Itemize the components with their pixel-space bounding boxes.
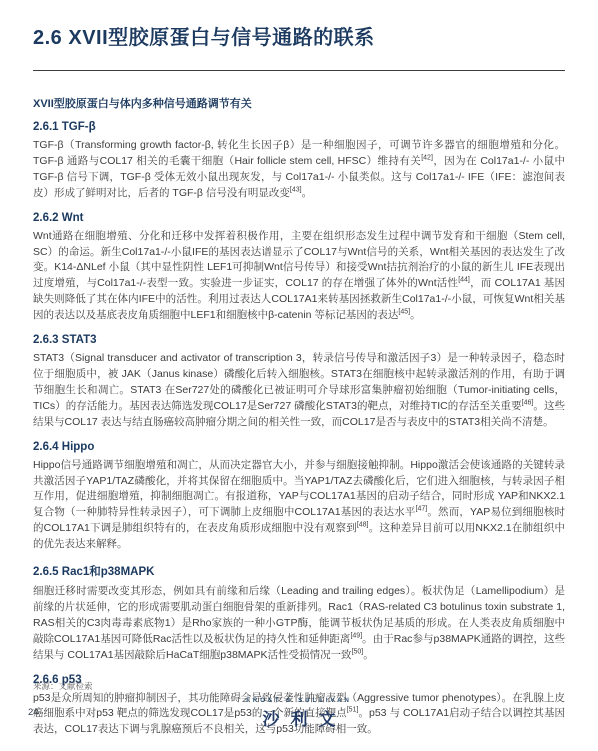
section-stat3: 2.6.3 STAT3 STAT3（Signal transducer and … xyxy=(33,334,565,431)
section-heading-stat3: 2.6.3 STAT3 xyxy=(33,334,565,346)
section-tgf-beta: 2.6.1 TGF-β TGF-β（Transforming growth fa… xyxy=(33,121,565,202)
frost-sullivan-logo-wordmark-cn: 沙利文 xyxy=(0,705,598,730)
section-body-tgf-beta: TGF-β（Transforming growth factor-β, 转化生长… xyxy=(33,138,565,202)
section-rac1-p38mapk: 2.6.5 Rac1和p38MAPK 细胞迁移时需要改变其形态，例如具有前缘和后… xyxy=(33,563,565,664)
page-title: 2.6 XVII型胶原蛋白与信号通路的联系 xyxy=(33,25,565,51)
frost-sullivan-logo-wordmark-en: FROST & SULLIVAN xyxy=(0,698,598,704)
section-body-rac1-p38mapk: 细胞迁移时需要改变其形态，例如具有前缘和后缘（Leading and trail… xyxy=(33,584,565,664)
source-note: 来源：文献检索 xyxy=(33,680,93,692)
section-heading-rac1-p38mapk: 2.6.5 Rac1和p38MAPK xyxy=(33,563,565,579)
report-page: 2.6 XVII型胶原蛋白与信号通路的联系 XVII型胶原蛋白与体内多种信号通路… xyxy=(0,0,598,751)
title-divider xyxy=(33,70,565,71)
section-hippo: 2.6.4 Hippo Hippo信号通路调节细胞增殖和凋亡，从而决定器官大小，… xyxy=(33,441,565,553)
section-subtitle: XVII型胶原蛋白与体内多种信号通路调节有关 xyxy=(33,95,565,111)
section-body-stat3: STAT3（Signal transducer and activator of… xyxy=(33,351,565,431)
section-body-hippo: Hippo信号通路调节细胞增殖和凋亡，从而决定器官大小，并参与细胞接触抑制。Hi… xyxy=(33,458,565,553)
section-heading-p53: 2.6.6 p53 xyxy=(33,674,565,686)
section-heading-hippo: 2.6.4 Hippo xyxy=(33,441,565,453)
section-heading-wnt: 2.6.2 Wnt xyxy=(33,212,565,224)
frost-sullivan-logo: FROST & SULLIVAN 沙利文 xyxy=(0,698,598,730)
section-heading-tgf-beta: 2.6.1 TGF-β xyxy=(33,121,565,133)
section-body-wnt: Wnt通路在细胞增殖、分化和迁移中发挥着积极作用，主要在组织形态发生过程中调节发… xyxy=(33,229,565,324)
section-wnt: 2.6.2 Wnt Wnt通路在细胞增殖、分化和迁移中发挥着积极作用，主要在组织… xyxy=(33,212,565,324)
